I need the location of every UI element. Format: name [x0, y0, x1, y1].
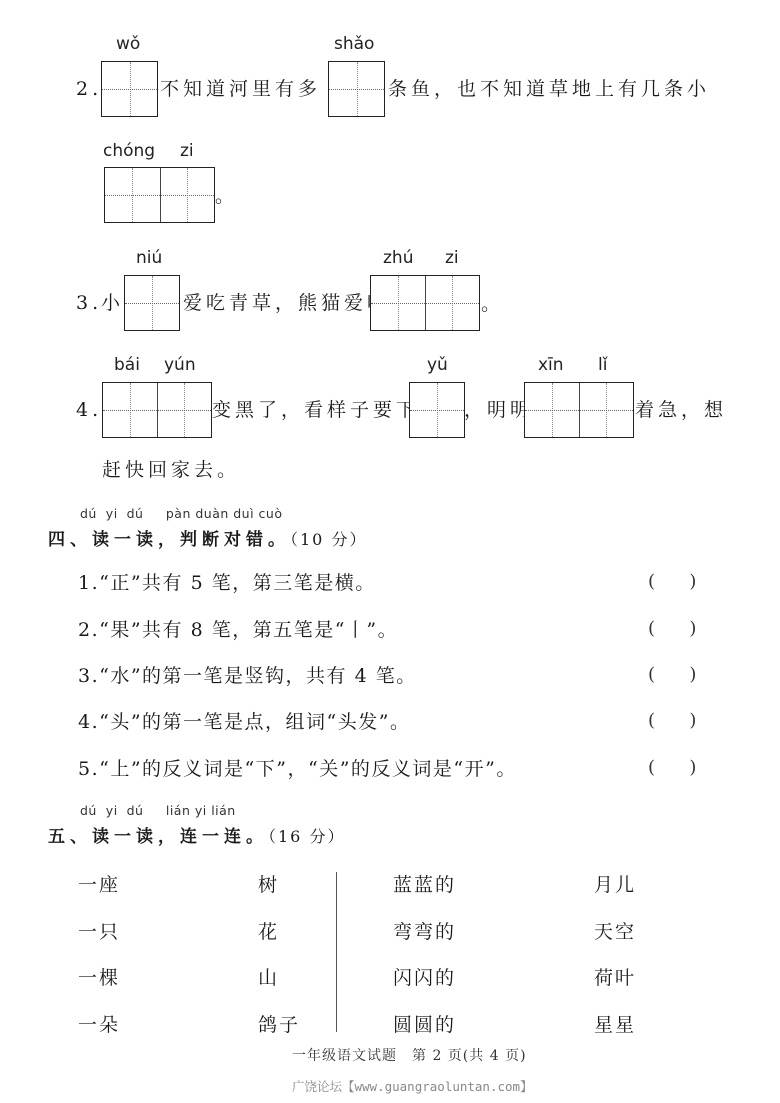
answer-blank[interactable]: ( ) — [648, 571, 696, 592]
pinyin-shao: shǎo — [334, 34, 374, 54]
pinyin-xin: xīn — [538, 355, 564, 375]
question-text: 爱吃青草，熊猫爱吃 — [183, 291, 390, 315]
question-text: 赶快回家去。 — [102, 458, 240, 482]
writing-box-xinli[interactable] — [524, 382, 634, 438]
section-header-4: 四、读一读，判断对错。（10 分） — [48, 525, 367, 550]
writing-box-wo[interactable] — [101, 61, 158, 117]
pinyin-niu: niú — [136, 248, 162, 268]
writing-box-baiyun[interactable] — [102, 382, 212, 438]
answer-blank[interactable]: ( ) — [648, 710, 696, 731]
pinyin-li: lǐ — [598, 355, 607, 375]
match-item-adjective[interactable]: 弯弯的 — [393, 917, 456, 944]
match-item-left[interactable]: 一棵 — [78, 963, 120, 990]
column-divider — [336, 872, 337, 1032]
section-score: （16 分） — [268, 827, 345, 846]
match-item-object[interactable]: 月儿 — [594, 870, 636, 897]
period: 。 — [481, 292, 504, 316]
writing-box-shao[interactable] — [328, 61, 385, 117]
question-text: 不知道河里有多 — [160, 77, 321, 101]
section-title: 五、读一读，连一连。 — [48, 827, 268, 847]
match-item-left[interactable]: 一朵 — [78, 1010, 120, 1037]
page-footer: 一年级语文试题 第 2 页(共 4 页) — [292, 1045, 527, 1065]
match-item-left[interactable]: 一只 — [78, 917, 120, 944]
section-pinyin: dú yi dú lián yi lián — [80, 803, 236, 818]
answer-blank[interactable]: ( ) — [648, 757, 696, 778]
section-score: （10 分） — [290, 530, 367, 549]
pinyin-chong: chóng — [103, 141, 155, 161]
pinyin-zhu: zhú — [383, 248, 413, 268]
match-item-left[interactable]: 一座 — [78, 870, 120, 897]
match-item-object[interactable]: 天空 — [594, 917, 636, 944]
answer-blank[interactable]: ( ) — [648, 618, 696, 639]
pinyin-yun: yún — [164, 355, 196, 375]
judgment-item: 3.“水”的第一笔是竖钩，共有 4 笔。 — [78, 664, 417, 688]
judgment-item: 4.“头”的第一笔是点，组词“头发”。 — [78, 710, 410, 734]
pinyin-zi: zi — [180, 141, 194, 161]
section-pinyin: dú yi dú pàn duàn duì cuò — [80, 506, 283, 521]
question-number: 2. — [76, 77, 102, 101]
writing-box-zhuzi[interactable] — [370, 275, 480, 331]
question-text: 条鱼，也不知道草地上有几条小 — [388, 77, 710, 101]
pinyin-wo: wǒ — [116, 34, 140, 54]
match-item-noun[interactable]: 树 — [258, 870, 279, 897]
period: 。 — [215, 184, 238, 208]
match-item-object[interactable]: 星星 — [594, 1010, 636, 1037]
pinyin-zi: zi — [445, 248, 459, 268]
judgment-item: 5.“上”的反义词是“下”，“关”的反义词是“开”。 — [78, 757, 517, 781]
writing-box-niu[interactable] — [124, 275, 180, 331]
section-header-5: 五、读一读，连一连。（16 分） — [48, 822, 345, 847]
question-number: 3. — [76, 291, 102, 315]
match-item-adjective[interactable]: 闪闪的 — [393, 963, 456, 990]
judgment-item: 1.“正”共有 5 笔，第三笔是横。 — [78, 571, 376, 595]
question-text: 着急，想 — [635, 398, 727, 422]
pinyin-bai: bái — [114, 355, 140, 375]
question-text: 小 — [101, 291, 124, 315]
match-item-object[interactable]: 荷叶 — [594, 963, 636, 990]
match-item-adjective[interactable]: 圆圆的 — [393, 1010, 456, 1037]
question-text: ，明明 — [464, 398, 533, 422]
judgment-item: 2.“果”共有 8 笔，第五笔是“丨”。 — [78, 618, 398, 642]
section-title: 四、读一读，判断对错。 — [48, 530, 290, 550]
watermark: 广饶论坛【www.guangraoluntan.com】 — [292, 1077, 533, 1095]
answer-blank[interactable]: ( ) — [648, 664, 696, 685]
match-item-adjective[interactable]: 蓝蓝的 — [393, 870, 456, 897]
match-item-noun[interactable]: 花 — [258, 917, 279, 944]
writing-box-chongzi[interactable] — [104, 167, 215, 223]
pinyin-yu: yǔ — [427, 355, 448, 375]
question-text: 变黑了，看样子要下 — [212, 398, 419, 422]
question-number: 4. — [76, 398, 102, 422]
match-item-noun[interactable]: 山 — [258, 963, 279, 990]
match-item-noun[interactable]: 鸽子 — [258, 1010, 300, 1037]
writing-box-yu[interactable] — [409, 382, 465, 438]
